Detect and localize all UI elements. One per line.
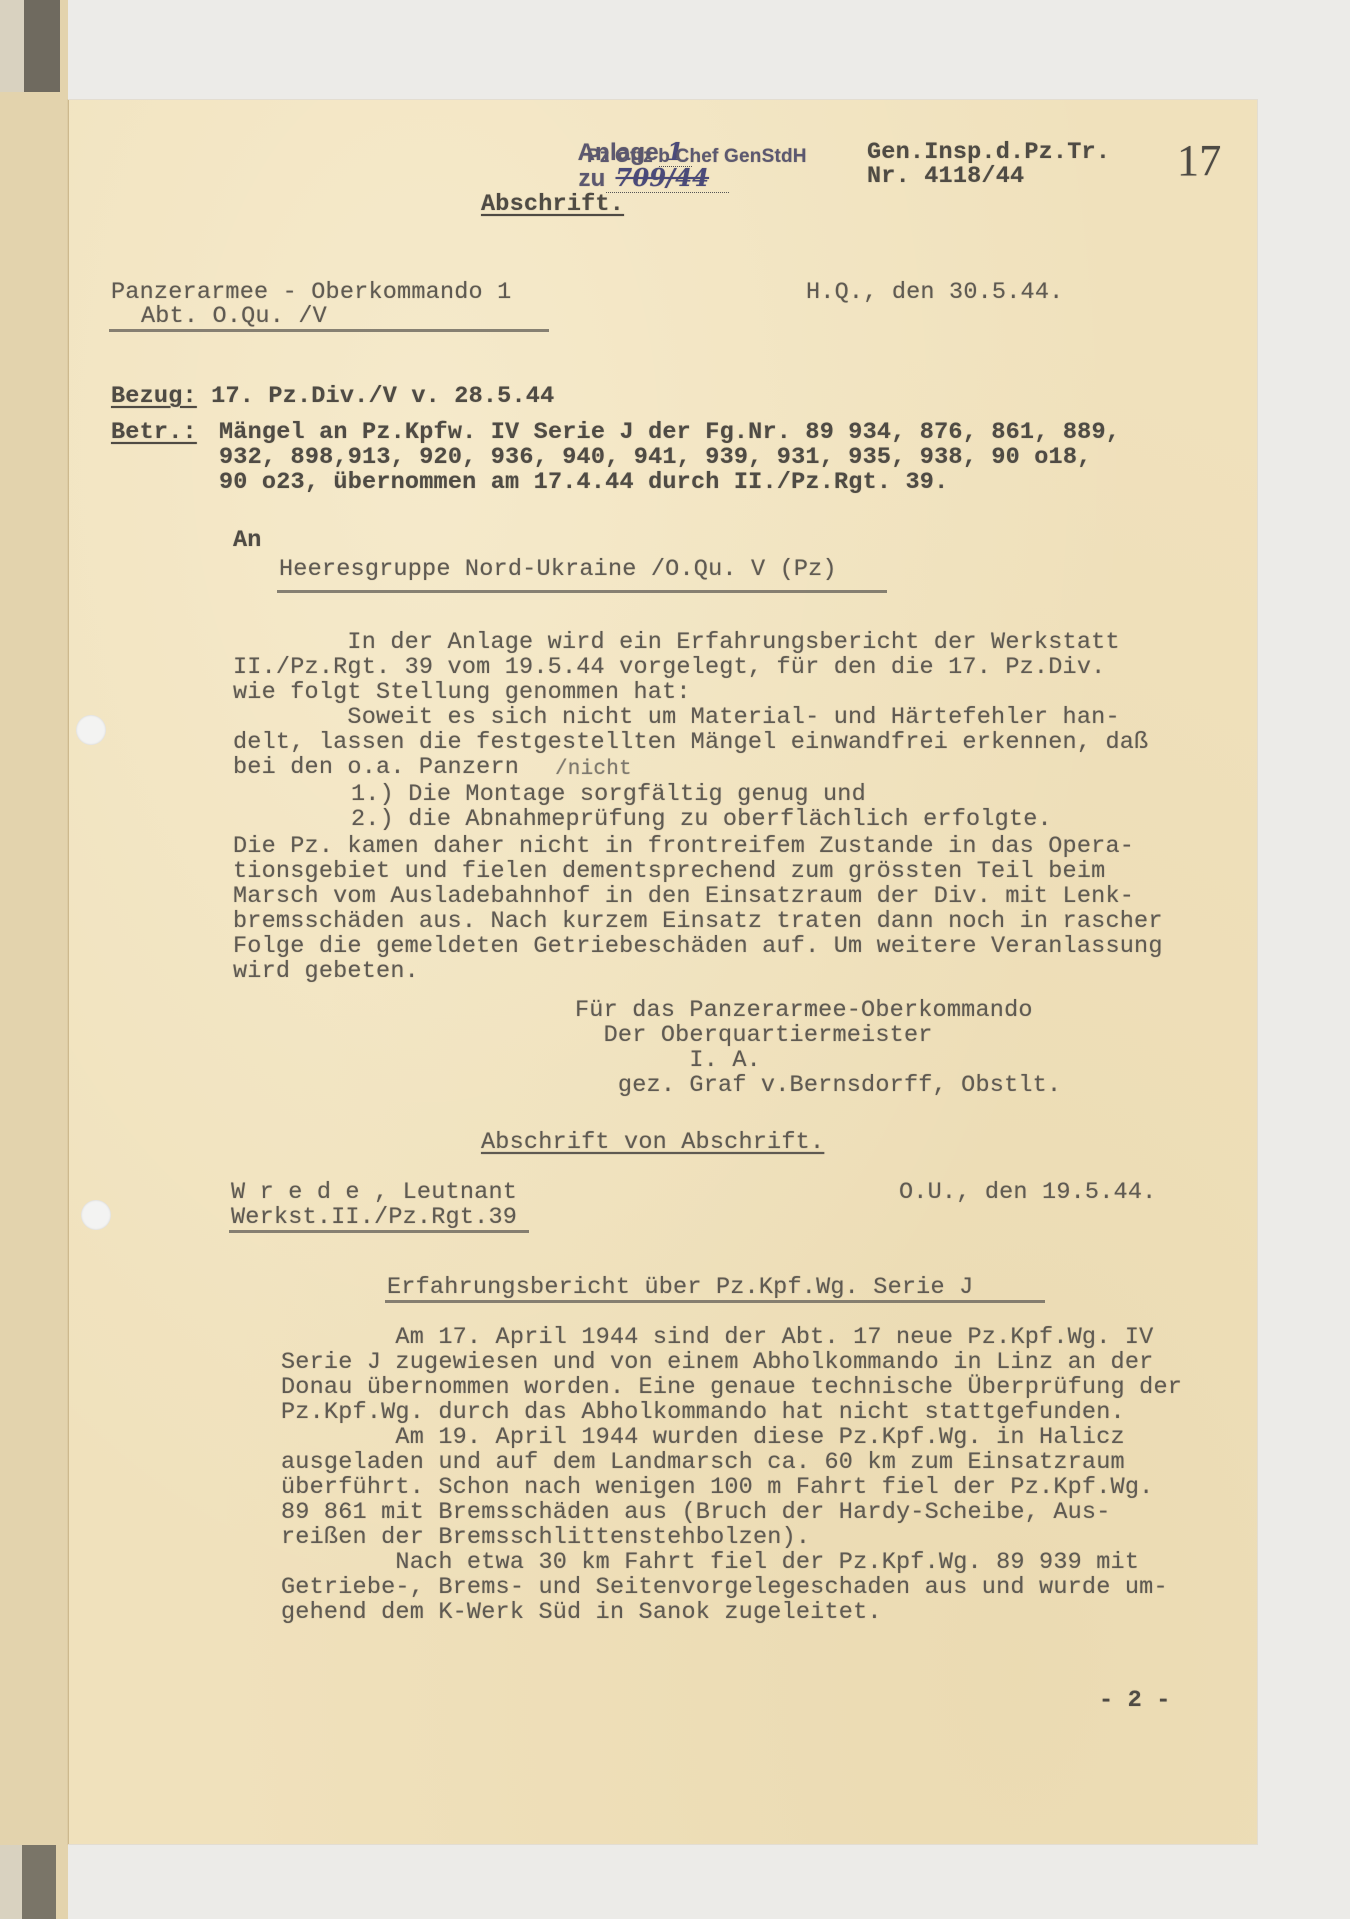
betr-label: Betr.: (111, 420, 197, 445)
sender-line2: Abt. O.Qu. /V (141, 304, 327, 329)
betr-line: 90 o23, übernommen am 17.4.44 durch II./… (219, 470, 948, 495)
signature-line: I. A. (575, 1048, 761, 1073)
list-item-2: 2.) die Abnahmeprüfung zu oberflächlich … (351, 807, 1052, 832)
body-line: ausgeladen und auf dem Landmarsch ca. 60… (281, 1450, 1125, 1475)
body-line: Die Pz. kamen daher nicht in frontreifem… (233, 834, 1134, 859)
binder-strip (0, 0, 68, 1919)
punch-hole (76, 715, 106, 745)
body-line: Marsch vom Ausladebahnhof in den Einsatz… (233, 884, 1134, 909)
an-label: An (233, 528, 262, 553)
folio-number: 17 (1177, 148, 1221, 173)
sender2-line2: Werkst.II./Pz.Rgt.39 (231, 1205, 517, 1230)
binder-tab-bottom (0, 1845, 56, 1919)
body-line: überführt. Schon nach wenigen 100 m Fahr… (281, 1475, 1153, 1500)
signature-line: gez. Graf v.Bernsdorff, Obstlt. (575, 1073, 1061, 1098)
punch-hole (81, 1200, 111, 1230)
body-line: Folge die gemeldeten Getriebeschäden auf… (233, 934, 1163, 959)
body-line: Nach etwa 30 km Fahrt fiel der Pz.Kpf.Wg… (281, 1550, 1139, 1575)
body-line: gehend dem K-Werk Süd in Sanok zugeleite… (281, 1600, 882, 1625)
body-line: bei den o.a. Panzern (233, 755, 519, 780)
body-line: wird gebeten. (233, 959, 419, 984)
binder-tab-top (0, 0, 60, 92)
body-line: Am 19. April 1944 wurden diese Pz.Kpf.Wg… (281, 1425, 1125, 1450)
bezug-label: Bezug: (111, 383, 197, 410)
heading-abschrift: Abschrift. (481, 192, 624, 217)
body-line: reißen der Bremsschlittenstehbolzen). (281, 1525, 810, 1550)
sender2-underline (229, 1230, 529, 1233)
body-line: Pz.Kpf.Wg. durch das Abholkommando hat n… (281, 1400, 1125, 1425)
signature-line: Für das Panzerarmee-Oberkommando (575, 998, 1033, 1023)
sender-line1: Panzerarmee - Oberkommando 1 (111, 280, 511, 305)
stamp-zu-label: zu (578, 165, 605, 192)
body-line: 89 861 mit Bremsschäden aus (Bruch der H… (281, 1500, 1111, 1525)
inserted-note: /nicht (555, 757, 632, 782)
document-page: Anlage1 zu709/44 Pz Offz b Chef GenStdH … (68, 100, 1257, 1844)
body-line: wie folgt Stellung genommen hat: (233, 680, 691, 705)
sender-underline (109, 329, 549, 332)
recipient-underline (277, 590, 887, 593)
body-line: Serie J zugewiesen und von einem Abholko… (281, 1350, 1153, 1375)
body-line: Donau übernommen worden. Eine genaue tec… (281, 1375, 1182, 1400)
body-line: Soweit es sich nicht um Material- und Hä… (233, 705, 1120, 730)
list-item-1: 1.) Die Montage sorgfältig genug und (351, 782, 866, 807)
sender2-line1: W r e d e , Leutnant (231, 1180, 517, 1205)
body-line: Getriebe-, Brems- und Seitenvorgelegesch… (281, 1575, 1168, 1600)
place-date-2: O.U., den 19.5.44. (899, 1180, 1156, 1205)
report-title: Erfahrungsbericht über Pz.Kpf.Wg. Serie … (387, 1275, 973, 1300)
body-line: In der Anlage wird ein Erfahrungsbericht… (233, 630, 1120, 655)
bezug-row: Bezug: 17. Pz.Div./V v. 28.5.44 (111, 384, 554, 409)
betr-line: Mängel an Pz.Kpfw. IV Serie J der Fg.Nr.… (219, 420, 1120, 445)
bezug-text: 17. Pz.Div./V v. 28.5.44 (211, 383, 554, 410)
signature-line: Der Oberquartiermeister (575, 1023, 933, 1048)
report-title-underline (385, 1300, 1045, 1303)
place-date: H.Q., den 30.5.44. (806, 280, 1063, 305)
betr-line: 932, 898,913, 920, 936, 940, 941, 939, 9… (219, 445, 1091, 470)
stamp-office: Pz Offz b Chef GenStdH (587, 144, 807, 169)
body-line: delt, lassen die festgestellten Mängel e… (233, 730, 1148, 755)
header-ref-line2: Nr. 4118/44 (867, 164, 1024, 189)
body-line: bremsschäden aus. Nach kurzem Einsatz tr… (233, 909, 1163, 934)
heading-abschrift-von-abschrift: Abschrift von Abschrift. (481, 1130, 824, 1155)
body-line: Am 17. April 1944 sind der Abt. 17 neue … (281, 1325, 1153, 1350)
page-number: - 2 - (1099, 1688, 1171, 1713)
body-line: tionsgebiet und fielen dementsprechend z… (233, 859, 1105, 884)
body-line: II./Pz.Rgt. 39 vom 19.5.44 vorgelegt, fü… (233, 655, 1105, 680)
recipient: Heeresgruppe Nord-Ukraine /O.Qu. V (Pz) (279, 557, 837, 582)
header-ref-line1: Gen.Insp.d.Pz.Tr. (867, 140, 1110, 165)
